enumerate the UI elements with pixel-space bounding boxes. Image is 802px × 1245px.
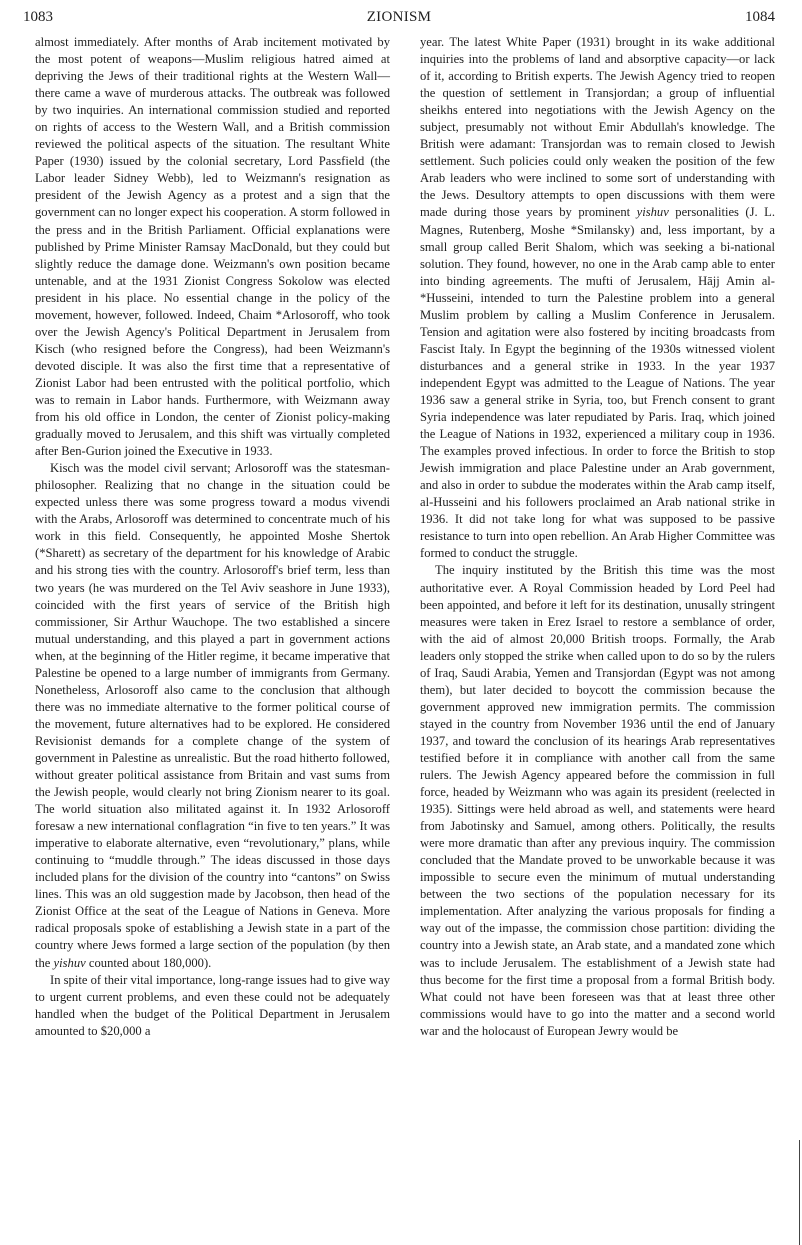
paragraph-text: In spite of their vital importance, long… bbox=[35, 973, 390, 1038]
running-header: 1083 ZIONISM 1084 bbox=[23, 6, 775, 28]
paragraph: In spite of their vital importance, long… bbox=[35, 972, 390, 1040]
paragraph: The inquiry instituted by the British th… bbox=[420, 562, 775, 1039]
italic-term: yishuv bbox=[54, 956, 86, 970]
paragraph-text: almost immediately. After months of Arab… bbox=[35, 35, 390, 458]
paragraph: almost immediately. After months of Arab… bbox=[35, 34, 390, 460]
italic-term: yishuv bbox=[637, 205, 669, 219]
running-title: ZIONISM bbox=[23, 6, 775, 28]
scan-edge-rule bbox=[799, 1140, 800, 1245]
paragraph-text: year. The latest White Paper (1931) brou… bbox=[420, 35, 775, 219]
page-number-right: 1084 bbox=[745, 6, 775, 28]
left-column: almost immediately. After months of Arab… bbox=[35, 34, 390, 1040]
paragraph-text: personalities (J. L. Magnes, Rutenberg, … bbox=[420, 205, 775, 560]
paragraph-text: The inquiry instituted by the British th… bbox=[420, 563, 775, 1037]
paragraph: year. The latest White Paper (1931) brou… bbox=[420, 34, 775, 562]
paragraph: Kisch was the model civil servant; Arlos… bbox=[35, 460, 390, 971]
right-column: year. The latest White Paper (1931) brou… bbox=[420, 34, 775, 1040]
paragraph-text: counted about 180,000). bbox=[86, 956, 212, 970]
paragraph-text: Kisch was the model civil servant; Arlos… bbox=[35, 461, 390, 969]
